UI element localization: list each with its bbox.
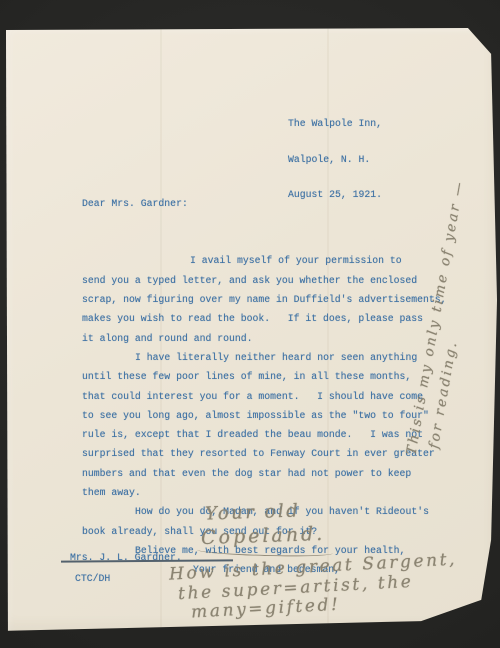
typist-initials: CTC/DH: [75, 573, 110, 584]
typed-line: them away.: [82, 483, 447, 502]
typed-line: until these few poor lines of mine, in a…: [82, 367, 447, 386]
typed-line: that could interest you for a moment. I …: [82, 387, 447, 406]
scan-background: The Walpole Inn, Walpole, N. H. August 2…: [0, 0, 500, 648]
salutation: Dear Mrs. Gardner:: [82, 194, 447, 213]
typed-line: makes you wish to read the book. If it d…: [82, 309, 447, 328]
letterhead-line-place: The Walpole Inn,: [288, 118, 382, 130]
typed-line: rule is, except that I dreaded the beau …: [82, 425, 447, 444]
typed-line: I have literally neither heard nor seen …: [135, 348, 447, 367]
typed-line: I avail myself of your permission to: [190, 251, 447, 270]
typed-line: to see you long ago, almost impossible a…: [82, 406, 447, 425]
typed-line: numbers and that even the dog star had n…: [82, 464, 447, 483]
letter-page: The Walpole Inn, Walpole, N. H. August 2…: [5, 26, 498, 632]
typed-line: scrap, now figuring over my name in Duff…: [82, 290, 447, 309]
handwritten-signoff-line1: Your old: [205, 500, 301, 524]
typed-line: surprised that they resorted to Fenway C…: [82, 444, 447, 463]
typed-line: it along and round and round.: [82, 329, 447, 348]
typed-line: send you a typed letter, and ask you whe…: [82, 271, 447, 290]
